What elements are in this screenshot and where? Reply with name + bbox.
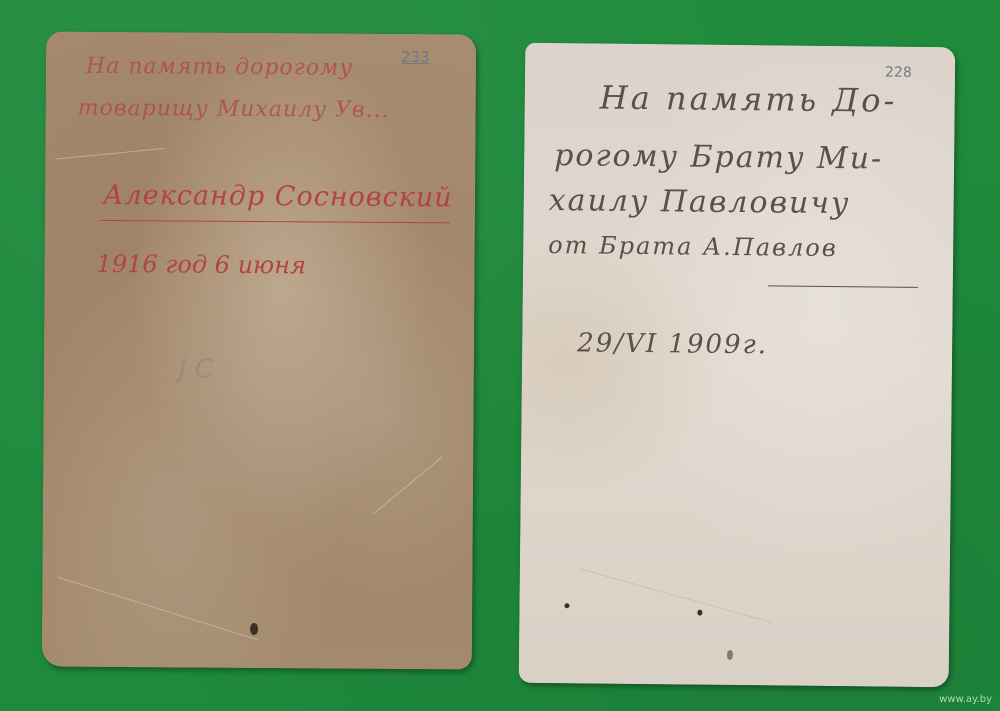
catalog-number: 228 xyxy=(885,65,912,81)
hole xyxy=(564,603,569,608)
crease xyxy=(57,577,258,641)
handwritten-date: 1916 год 6 июня xyxy=(97,250,307,279)
handwritten-line-3: хаилу Павловичу xyxy=(549,183,851,221)
signature: от Брата А.Павлов xyxy=(548,231,838,262)
hole xyxy=(727,650,733,660)
signature-underline xyxy=(768,285,918,288)
crease xyxy=(580,568,773,623)
pencil-mark: J C xyxy=(179,354,213,384)
photo-card-left: 233 На память дорогому товарищу Михаилу … xyxy=(42,32,476,670)
handwritten-line-1: На память дорогому xyxy=(86,54,353,81)
watermark: www.ay.by xyxy=(939,694,992,705)
catalog-number: 233 xyxy=(401,48,430,66)
signature-underline xyxy=(100,220,450,223)
handwritten-line-2: товарищу Михаилу Ув... xyxy=(78,96,390,123)
hole xyxy=(250,623,258,635)
handwritten-line-1: На память До- xyxy=(600,79,898,120)
crease xyxy=(373,457,443,515)
signature-name: Александр Сосновский xyxy=(103,180,453,213)
handwritten-date: 29/VI 1909г. xyxy=(577,328,768,360)
photo-card-right: 228 На память До- рогому Брату Ми- хаилу… xyxy=(519,43,956,687)
crease xyxy=(55,148,165,160)
handwritten-line-2: рогому Брату Ми- xyxy=(554,138,883,176)
hole xyxy=(697,610,702,616)
